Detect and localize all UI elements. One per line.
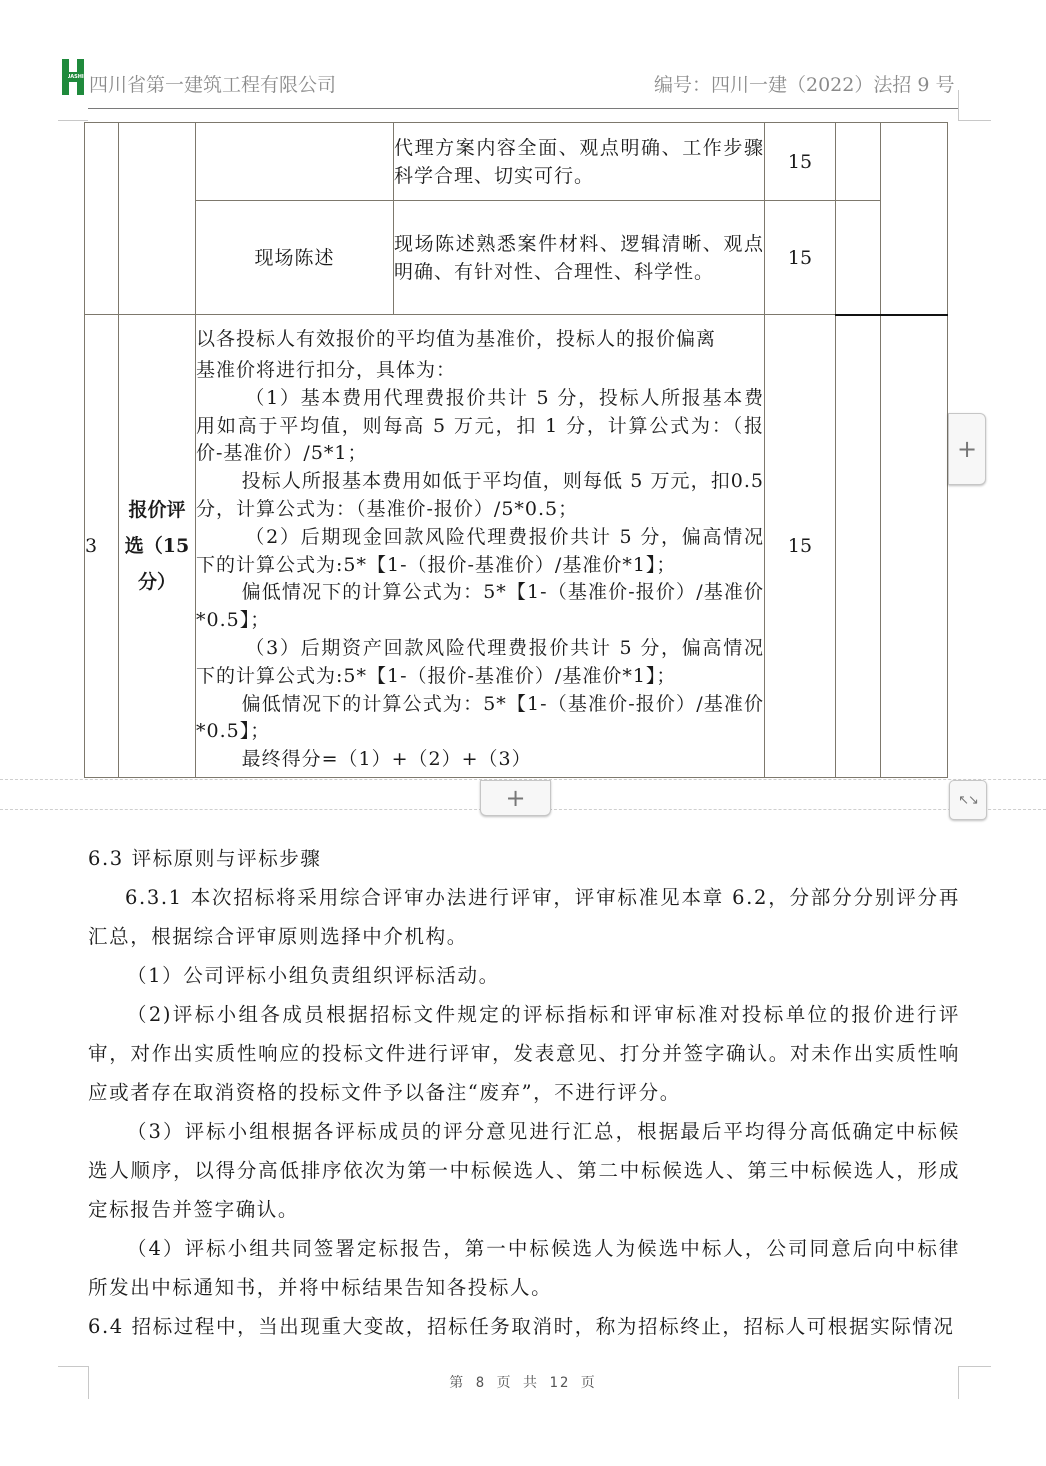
category-line: 分） (119, 564, 195, 600)
criteria-line: 投标人所报基本费用如低于平均值，则每低 5 万元，扣0.5 分，计算公式为：（基… (196, 468, 764, 524)
scoring-table: 代理方案内容全面、观点明确、工作步骤科学合理、切实可行。 15 现场陈述 现场陈… (84, 122, 949, 778)
cell-category: 报价评 选（15 分） (119, 315, 196, 778)
company-logo: HUASHI (62, 59, 84, 95)
resize-arrows-icon: ↖↘ (958, 793, 978, 808)
cell-blank (881, 315, 948, 778)
paragraph-item-3: （3）评标小组根据各评标成员的评分意见进行汇总，根据最后平均得分高低确定中标候选… (88, 1112, 960, 1229)
paragraph-item-4: （4）评标小组共同签署定标报告，第一中标候选人为候选中标人，公司同意后向中标律所… (88, 1229, 960, 1307)
header-company-name: 四川省第一建筑工程有限公司 (89, 70, 336, 97)
document-body: 6.3 评标原则与评标步骤 6.3.1 本次招标将采用综合评审办法进行评审，评审… (88, 839, 960, 1346)
paragraph-item-1: （1）公司评标小组负责组织评标活动。 (88, 956, 960, 995)
header-document-number: 编号：四川一建（2022）法招 9 号 (654, 70, 955, 97)
cell-criteria: 现场陈述熟悉案件材料、逻辑清晰、观点明确、有针对性、合理性、科学性。 (394, 201, 765, 315)
cell-blank (836, 123, 881, 201)
cell-criteria: 代理方案内容全面、观点明确、工作步骤科学合理、切实可行。 (394, 123, 765, 201)
section-heading-6-3: 6.3 评标原则与评标步骤 (88, 839, 960, 878)
table-row: 现场陈述 现场陈述熟悉案件材料、逻辑清晰、观点明确、有针对性、合理性、科学性。 … (85, 201, 949, 315)
page-number-footer: 第 8 页 共 12 页 (0, 1372, 1046, 1392)
criteria-line: （2）后期现金回款风险代理费报价共计 5 分，偏高情况下的计算公式为:5*【1-… (196, 524, 764, 580)
cell-score: 15 (765, 123, 836, 201)
criteria-line: （3）后期资产回款风险代理费报价共计 5 分，偏高情况下的计算公式为:5*【1-… (196, 635, 764, 691)
logo-text: HUASHI (62, 73, 84, 81)
cell-item (196, 123, 394, 201)
table-row: 代理方案内容全面、观点明确、工作步骤科学合理、切实可行。 15 (85, 123, 949, 201)
resize-table-button[interactable]: ↖↘ (949, 780, 987, 820)
criteria-line: 以各投标人有效报价的平均值为基准价，投标人的报价偏离 (196, 321, 764, 357)
cell-score: 15 (765, 315, 836, 778)
plus-icon: + (505, 784, 525, 812)
cell-blank (836, 201, 881, 315)
cell-blank (881, 123, 948, 315)
criteria-line: 偏低情况下的计算公式为：5*【1-（基准价-报价）/基准价*0.5】； (196, 691, 764, 747)
plus-icon: + (957, 435, 977, 463)
paragraph-6-3-1: 6.3.1 本次招标将采用综合评审办法进行评审，评审标准见本章 6.2，分部分分… (88, 878, 960, 956)
cell-score: 15 (765, 201, 836, 315)
category-line: 选（15 (119, 528, 195, 564)
criteria-line: 最终得分=（1）+（2）+（3） (196, 746, 764, 774)
criteria-line: 偏低情况下的计算公式为：5*【1-（基准价-报价）/基准价*0.5】； (196, 579, 764, 635)
add-column-button[interactable]: + (948, 413, 986, 485)
header-rule (88, 108, 958, 109)
cell-blank (836, 315, 881, 778)
criteria-line: （1）基本费用代理费报价共计 5 分，投标人所报基本费用如高于平均值，则每高 5… (196, 385, 764, 468)
paragraph-6-4: 6.4 招标过程中，当出现重大变故，招标任务取消时，称为招标终止，招标人可根据实… (88, 1307, 960, 1346)
table-row: 3 报价评 选（15 分） 以各投标人有效报价的平均值为基准价，投标人的报价偏离… (85, 315, 949, 778)
cell-category (119, 123, 196, 315)
page-corner-mark-top-right (958, 90, 991, 121)
cell-criteria: 以各投标人有效报价的平均值为基准价，投标人的报价偏离 基准价将进行扣分，具体为：… (196, 315, 765, 778)
cell-no: 3 (85, 315, 119, 778)
page-corner-mark-top-left (58, 120, 88, 121)
cell-no (85, 123, 119, 315)
category-line: 报价评 (119, 492, 195, 528)
criteria-line: 基准价将进行扣分，具体为： (196, 357, 764, 385)
cell-item: 现场陈述 (196, 201, 394, 315)
add-row-button[interactable]: + (480, 780, 551, 816)
paragraph-item-2: （2)评标小组各成员根据招标文件规定的评标指标和评审标准对投标单位的报价进行评审… (88, 995, 960, 1112)
